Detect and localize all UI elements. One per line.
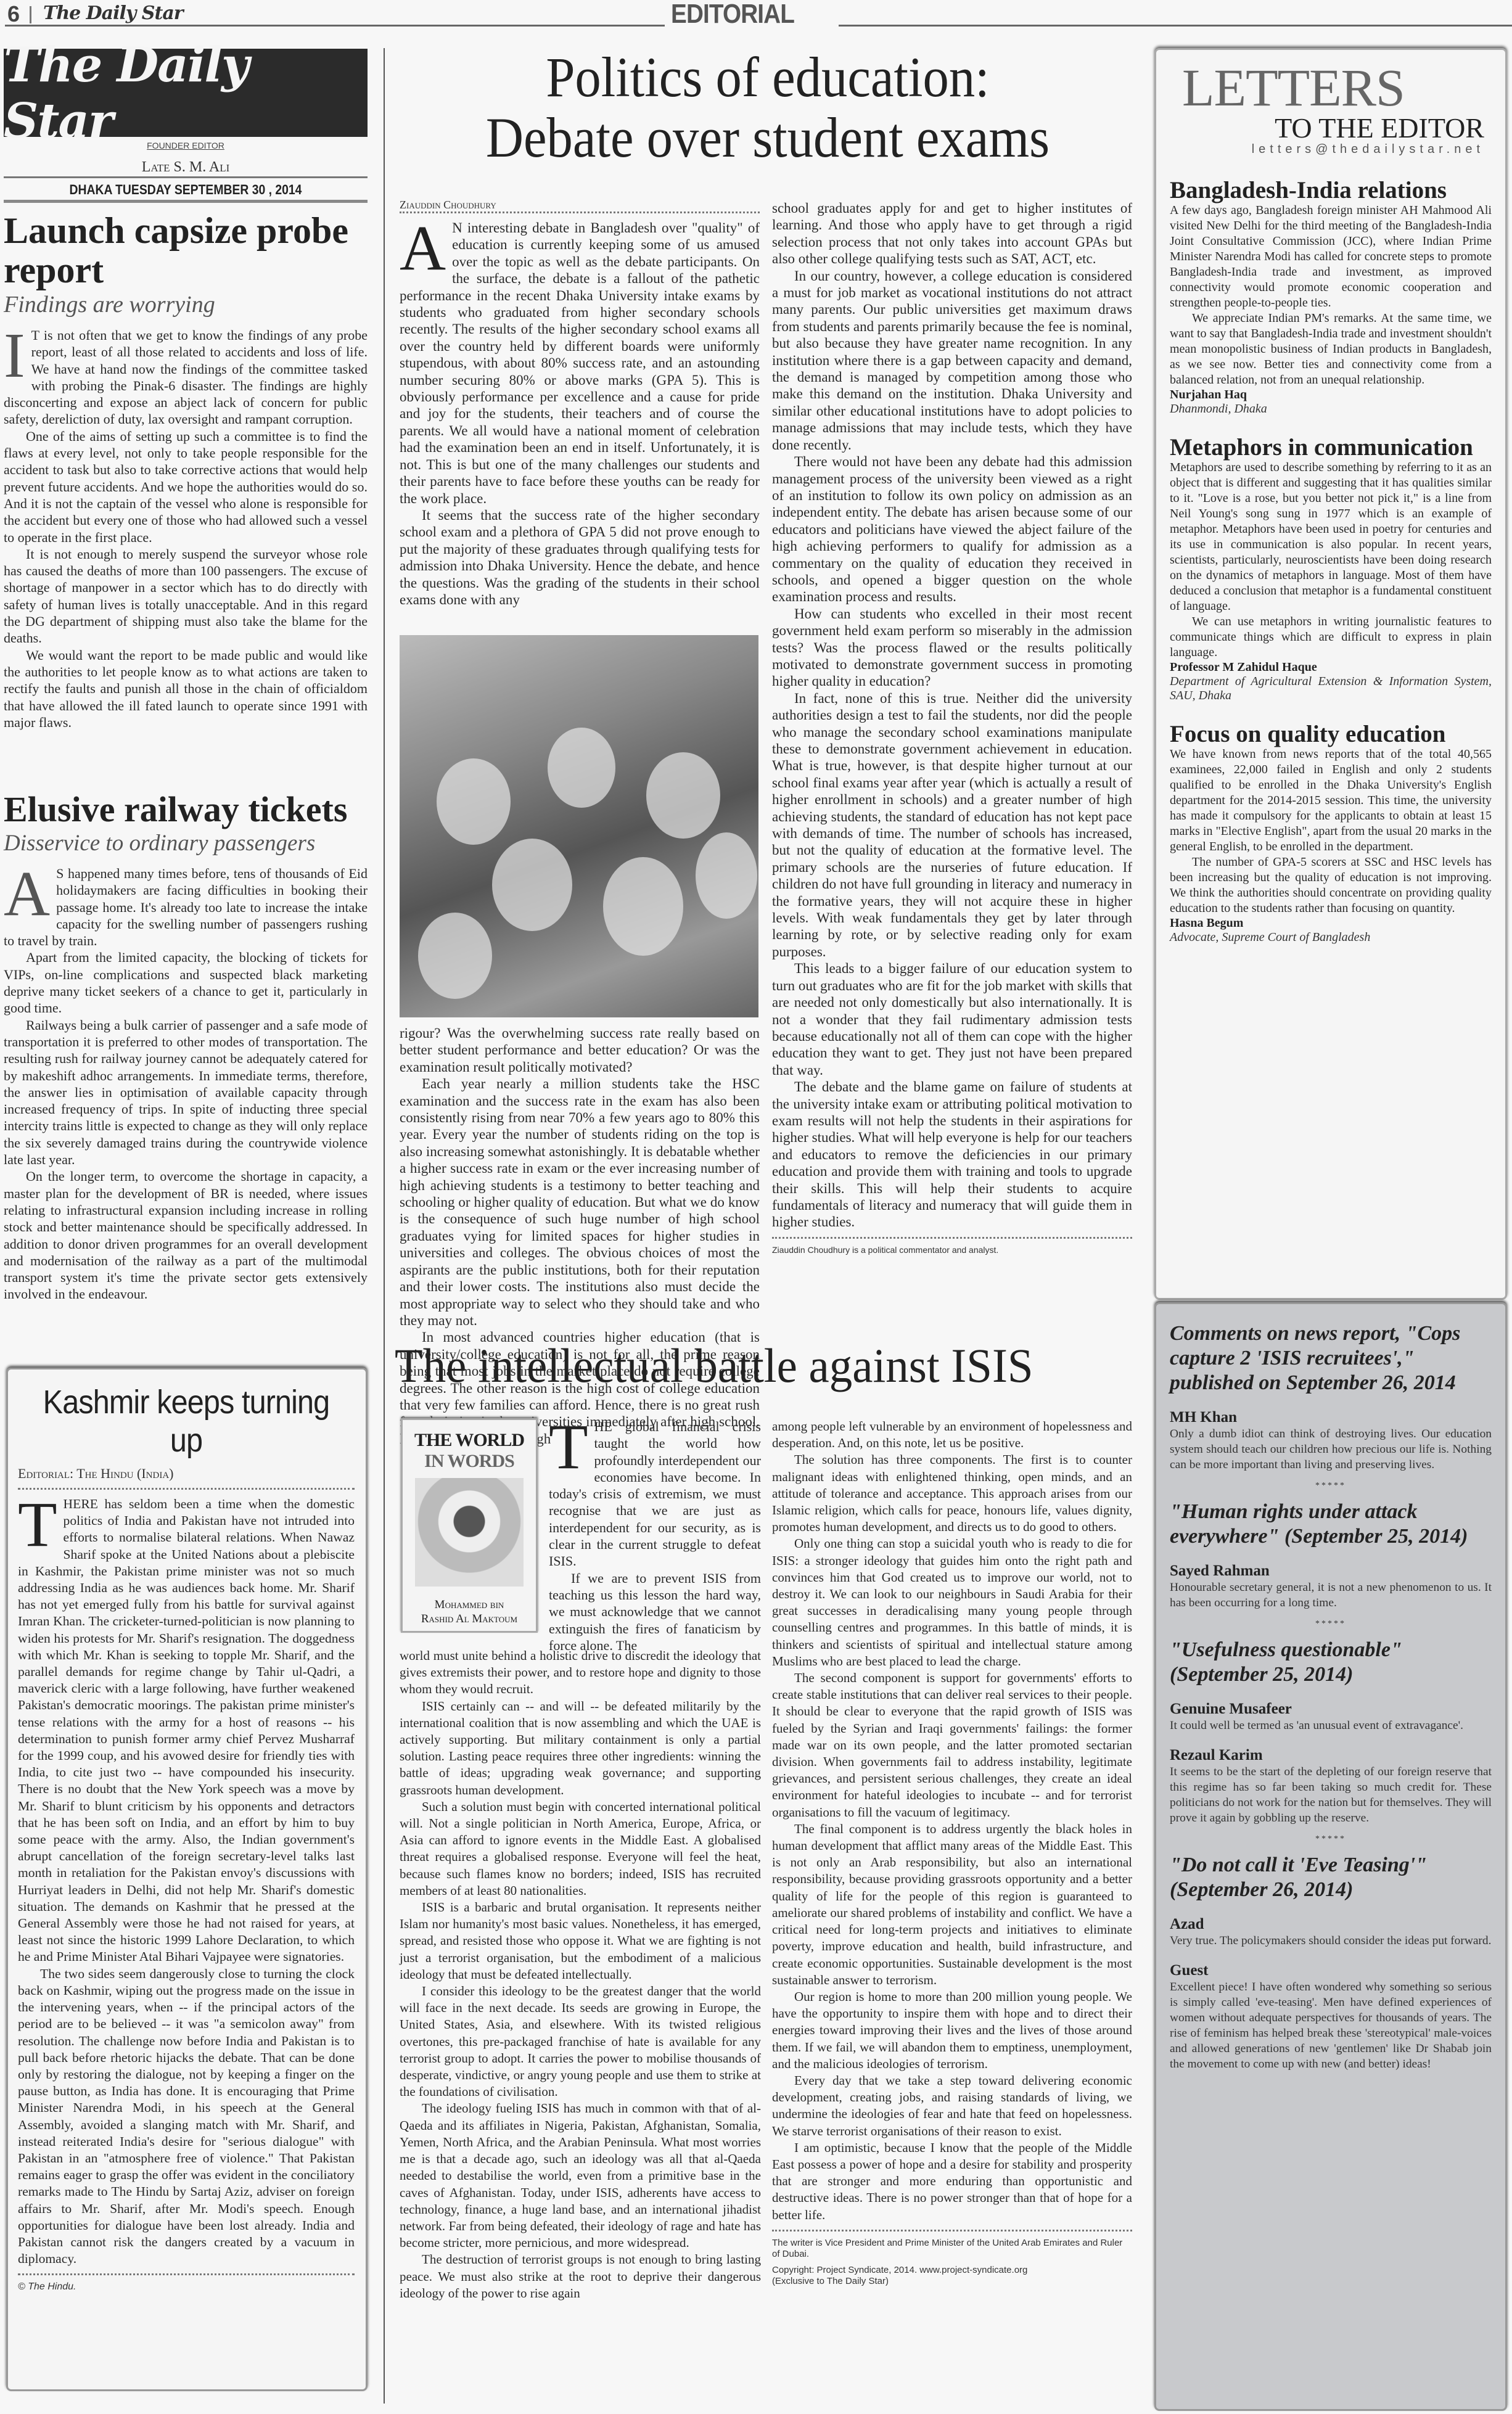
comment-group: "Usefulness questionable" (September 25,…	[1170, 1638, 1492, 1826]
paragraph: Such a solution must begin with concerte…	[400, 1799, 761, 1899]
paragraph: We have known from news reports that of …	[1170, 747, 1492, 855]
comment-group: Comments on news report, "Cops capture 2…	[1170, 1321, 1492, 1472]
lead-column-1-top: A N interesting debate in Bangladesh ove…	[400, 220, 760, 608]
dotted-rule	[772, 1237, 1132, 1239]
drop-cap: T	[549, 1421, 588, 1474]
paragraph: rigour? Was the overwhelming success rat…	[400, 1025, 760, 1075]
lead-headline: Politics of education: Debate over stude…	[424, 47, 1111, 168]
separator: *****	[1170, 1619, 1492, 1629]
letters-title-small: TO THE EDITOR	[1170, 114, 1484, 142]
letter-signer: Hasna Begum	[1170, 916, 1492, 930]
letter-signer-location: Advocate, Supreme Court of Bangladesh	[1170, 930, 1492, 945]
comment-group-heading: "Usefulness questionable" (September 25,…	[1170, 1638, 1492, 1687]
letter-signer-location: Dhanmondi, Dhaka	[1170, 402, 1492, 416]
dateline: DHAKA TUESDAY SEPTEMBER 30 , 2014	[25, 182, 345, 198]
paragraph: Railways being a bulk carrier of passeng…	[4, 1017, 368, 1168]
paragraph: A few days ago, Bangladesh foreign minis…	[1170, 203, 1492, 311]
comment-text: It seems to be the start of the depletin…	[1170, 1764, 1492, 1826]
masthead-title: The Daily Star	[4, 37, 368, 149]
isis-column-2: among people left vulnerable by an envir…	[772, 1418, 1132, 2287]
comment-group-heading: Comments on news report, "Cops capture 2…	[1170, 1321, 1492, 1395]
paragraph: The final component is to address urgent…	[772, 1821, 1132, 1989]
paragraph: T is not often that we get to know the f…	[4, 327, 368, 428]
comment-group: "Do not call it 'Eve Teasing'" (Septembe…	[1170, 1853, 1492, 2072]
page-header: 6 The Daily Star EDITORIAL	[0, 0, 1512, 32]
author-portrait-photo	[415, 1478, 524, 1587]
lead-column-2-body: school graduates apply for and get to hi…	[772, 200, 1132, 1231]
isis-column-1-top: T HE global financial crisis taught the …	[549, 1418, 761, 1654]
letter-signer-location: Department of Agricultural Extension & I…	[1170, 675, 1492, 703]
paragraph: The two sides seem dangerously close to …	[18, 1966, 355, 2268]
separator: *****	[1170, 1834, 1492, 1844]
paragraph: The solution has three components. The f…	[772, 1451, 1132, 1535]
commenter-name: Sayed Rahman	[1170, 1562, 1492, 1580]
kashmir-copyright: © The Hindu.	[18, 2281, 355, 2293]
drop-cap: A	[4, 868, 50, 921]
paragraph: We can use metaphors in writing journali…	[1170, 614, 1492, 660]
paragraph: S happened many times before, tens of th…	[4, 865, 368, 949]
paragraph: In fact, none of this is true. Neither d…	[772, 690, 1132, 961]
paragraph: world must unite behind a holistic drive…	[400, 1648, 761, 1698]
rule	[4, 176, 368, 178]
commenter-name: Guest	[1170, 1962, 1492, 1979]
paragraph: N interesting debate in Bangladesh over …	[400, 220, 760, 507]
separator: *****	[1170, 1481, 1492, 1491]
rule	[4, 200, 368, 203]
syndicate-exclusive: (Exclusive to The Daily Star)	[772, 2276, 1132, 2287]
paragraph: Each year nearly a million students take…	[400, 1075, 760, 1329]
author-name-line2: Rashid Al Maktoum	[403, 1612, 536, 1626]
letters-to-editor-box: LETTERS TO THE EDITOR letters@thedailyst…	[1154, 48, 1507, 1300]
dotted-rule	[772, 2230, 1132, 2231]
letter-item: Focus on quality education We have known…	[1170, 721, 1492, 945]
letter-headline: Bangladesh-India relations	[1170, 178, 1492, 203]
isis-headline: The intellectual battle against ISIS	[395, 1338, 1111, 1394]
paragraph: The destruction of terrorist groups is n…	[400, 2251, 761, 2302]
paragraph: There would not have been any debate had…	[772, 453, 1132, 606]
author-tagline: Ziauddin Choudhury is a political commen…	[772, 1245, 1132, 1255]
header-rule	[839, 25, 1512, 27]
world-box-line1: THE WORLD	[403, 1430, 536, 1451]
drop-cap: I	[4, 329, 25, 382]
isis-column-2-body: among people left vulnerable by an envir…	[772, 1418, 1132, 2223]
online-comments-box: Comments on news report, "Cops capture 2…	[1154, 1302, 1507, 2411]
dotted-rule	[400, 211, 760, 213]
letters-email-link[interactable]: letters@thedailystar.net	[1170, 142, 1484, 157]
comment-text: Honourable secretary general, it is not …	[1170, 1580, 1492, 1611]
paragraph: How can students who excelled in their m…	[772, 606, 1132, 690]
editorial-subhead: Findings are worrying	[4, 291, 368, 318]
masthead-logo: The Daily Star	[4, 49, 368, 137]
paragraph: The number of GPA-5 scorers at SSC and H…	[1170, 855, 1492, 916]
letter-body: Metaphors are used to describe something…	[1170, 460, 1492, 660]
comment-group-heading: "Human rights under attack everywhere" (…	[1170, 1500, 1492, 1549]
paragraph: The ideology fueling ISIS has much in co…	[400, 2100, 761, 2251]
paragraph: Every day that we take a step toward del…	[772, 2072, 1132, 2140]
paragraph: Metaphors are used to describe something…	[1170, 460, 1492, 614]
lead-column-2: school graduates apply for and get to hi…	[772, 200, 1132, 1255]
editorial-headline: Elusive railway tickets	[4, 790, 368, 829]
kashmir-headline: Kashmir keeps turning up	[35, 1383, 337, 1459]
divider	[30, 6, 31, 23]
isis-column-1-bottom: world must unite behind a holistic drive…	[400, 1648, 761, 2302]
header-rule	[5, 25, 665, 27]
drop-cap: A	[400, 222, 446, 275]
paragraph: We would want the report to be made publ…	[4, 647, 368, 731]
paragraph: among people left vulnerable by an envir…	[772, 1418, 1132, 1451]
paragraph: Our region is home to more than 200 mill…	[772, 1989, 1132, 2072]
column-divider	[384, 48, 385, 2404]
comment-text: Very true. The policymakers should consi…	[1170, 1933, 1492, 1948]
syndicate-copyright: Copyright: Project Syndicate, 2014. www.…	[772, 2265, 1132, 2276]
letter-headline: Metaphors in communication	[1170, 435, 1492, 460]
dotted-rule	[18, 1488, 355, 1490]
letter-item: Metaphors in communication Metaphors are…	[1170, 435, 1492, 703]
paragraph: I consider this ideology to be the great…	[400, 1983, 761, 2100]
paragraph: One of the aims of setting up such a com…	[4, 428, 368, 546]
kashmir-body: T HERE has seldom been a time when the d…	[18, 1496, 355, 2267]
comment-text: It could well be termed as 'an unusual e…	[1170, 1718, 1492, 1733]
paragraph: ISIS is a barbaric and brutal organisati…	[400, 1899, 761, 1983]
letter-headline: Focus on quality education	[1170, 721, 1492, 747]
author-name: Mohammed bin Rashid Al Maktoum	[403, 1598, 536, 1626]
editorial-railway-tickets: Elusive railway tickets Disservice to or…	[4, 790, 368, 1303]
editorial-subhead: Disservice to ordinary passengers	[4, 830, 368, 856]
paragraph: It is not enough to merely suspend the s…	[4, 546, 368, 647]
paragraph: HERE has seldom been a time when the dom…	[18, 1496, 355, 1966]
editorial-body: A S happened many times before, tens of …	[4, 865, 368, 1303]
letter-body: We have known from news reports that of …	[1170, 747, 1492, 916]
world-in-words-box: THE WORLD IN WORDS Mohammed bin Rashid A…	[401, 1418, 538, 1633]
comment-text: Excellent piece! I have often wondered w…	[1170, 1979, 1492, 2072]
drop-cap: T	[18, 1498, 57, 1551]
commenter-name: MH Khan	[1170, 1409, 1492, 1426]
founder-name: Late S. M. Ali	[4, 159, 368, 176]
lead-headline-line1: Politics of education:	[424, 47, 1111, 107]
comment-group-heading: "Do not call it 'Eve Teasing'" (Septembe…	[1170, 1853, 1492, 1902]
founder-label: FOUNDER EDITOR	[4, 141, 368, 150]
dotted-rule	[18, 2273, 355, 2275]
editorial-body: I T is not often that we get to know the…	[4, 327, 368, 731]
paragraph: The second component is support for gove…	[772, 1670, 1132, 1821]
page-number: 6	[7, 1, 20, 27]
letter-signer: Professor M Zahidul Haque	[1170, 660, 1492, 675]
paragraph: ISIS certainly can -- and will -- be def…	[400, 1698, 761, 1799]
comment-text: Only a dumb idiot can think of destroyin…	[1170, 1426, 1492, 1472]
paragraph: The debate and the blame game on failure…	[772, 1078, 1132, 1231]
paragraph: We appreciate Indian PM's remarks. At th…	[1170, 311, 1492, 388]
editorial-headline: Launch capsize probe report	[4, 211, 368, 290]
lead-headline-line2: Debate over student exams	[424, 107, 1111, 168]
students-celebrating-photo	[400, 635, 758, 1017]
letters-title-big: LETTERS	[1182, 61, 1492, 114]
letter-item: Bangladesh-India relations A few days ag…	[1170, 178, 1492, 416]
paragraph: It seems that the success rate of the hi…	[400, 507, 760, 608]
kashmir-editorial-box: Kashmir keeps turning up Editorial: The …	[6, 1368, 368, 2391]
paragraph: school graduates apply for and get to hi…	[772, 200, 1132, 268]
section-label: EDITORIAL	[671, 0, 794, 30]
letter-body: A few days ago, Bangladesh foreign minis…	[1170, 203, 1492, 388]
writer-note: The writer is Vice President and Prime M…	[772, 2238, 1132, 2260]
kashmir-source: Editorial: The Hindu (India)	[18, 1466, 355, 1482]
paragraph: This leads to a bigger failure of our ed…	[772, 960, 1132, 1078]
paragraph: Apart from the limited capacity, the blo…	[4, 949, 368, 1016]
lead-byline: Ziauddin Choudhury	[400, 199, 496, 211]
commenter-name: Azad	[1170, 1916, 1492, 1933]
commenter-name: Genuine Musafeer	[1170, 1701, 1492, 1718]
masthead-small-logo: The Daily Star	[43, 2, 183, 24]
letter-signer: Nurjahan Haq	[1170, 388, 1492, 402]
world-box-line2: IN WORDS	[403, 1451, 536, 1472]
editorial-launch-capsize: Launch capsize probe report Findings are…	[4, 211, 368, 731]
author-name-line1: Mohammed bin	[403, 1598, 536, 1612]
paragraph: I am optimistic, because I know that the…	[772, 2140, 1132, 2223]
paragraph: Only one thing can stop a suicidal youth…	[772, 1535, 1132, 1670]
paragraph: On the longer term, to overcome the shor…	[4, 1168, 368, 1302]
paragraph: If we are to prevent ISIS from teaching …	[549, 1570, 761, 1654]
commenter-name: Rezaul Karim	[1170, 1747, 1492, 1764]
paragraph: In our country, however, a college educa…	[772, 268, 1132, 453]
comment-group: "Human rights under attack everywhere" (…	[1170, 1500, 1492, 1611]
